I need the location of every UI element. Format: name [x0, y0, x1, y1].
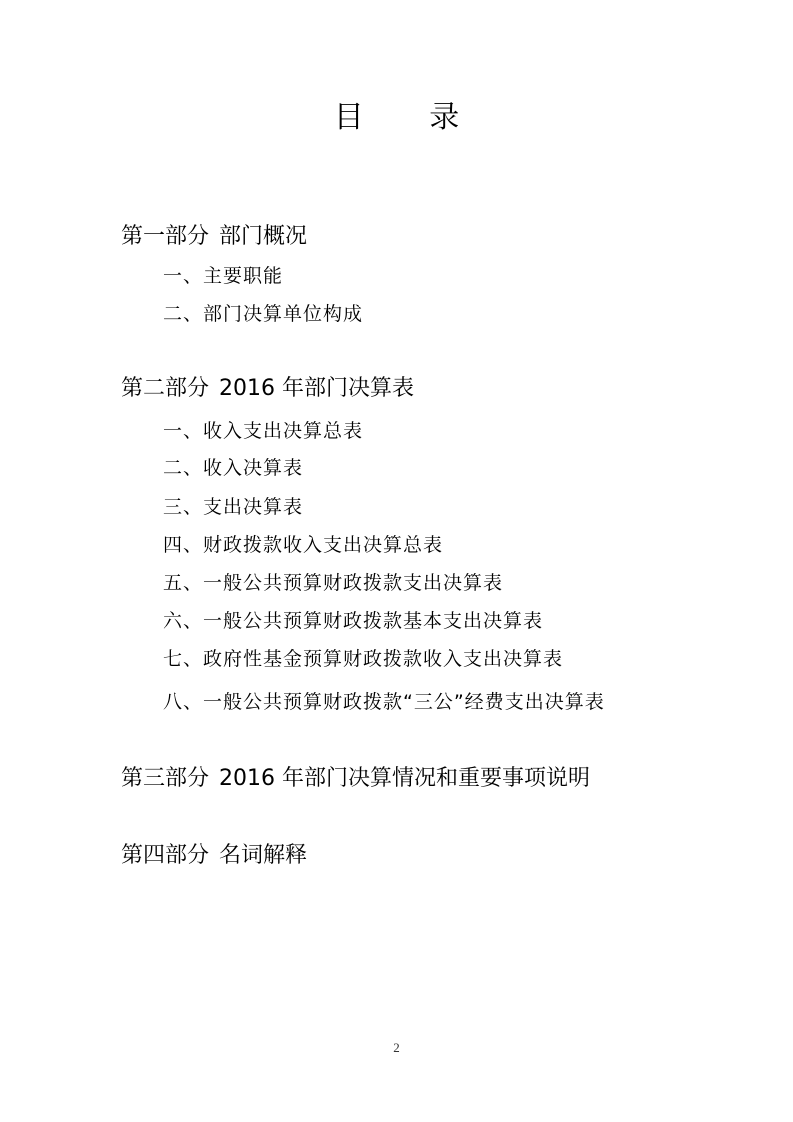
toc-item: 六、一般公共预算财政拨款基本支出决算表 — [163, 608, 543, 634]
toc-item: 四、财政拨款收入支出决算总表 — [163, 532, 443, 558]
toc-item: 二、部门决算单位构成 — [163, 301, 363, 327]
part-title: 2016 年部门决算表 — [219, 376, 414, 401]
toc-item: 一、主要职能 — [163, 263, 283, 289]
toc-part-4: 第四部分名词解释 — [121, 841, 307, 871]
part-label: 第四部分 — [121, 843, 209, 868]
part-label: 第三部分 — [121, 766, 209, 791]
part-label: 第一部分 — [121, 224, 209, 249]
part-title: 部门概况 — [219, 224, 307, 249]
part-label: 第二部分 — [121, 376, 209, 401]
part-title: 2016 年部门决算情况和重要事项说明 — [219, 766, 590, 791]
toc-part-2: 第二部分2016 年部门决算表 — [121, 374, 414, 404]
toc-item: 七、政府性基金预算财政拨款收入支出决算表 — [163, 646, 563, 672]
part-title: 名词解释 — [219, 843, 307, 868]
toc-part-3: 第三部分2016 年部门决算情况和重要事项说明 — [121, 764, 590, 794]
page-number: 2 — [0, 1040, 793, 1056]
toc-item: 八、一般公共预算财政拨款“三公”经费支出决算表 — [163, 689, 605, 715]
toc-item: 一、收入支出决算总表 — [163, 418, 363, 444]
toc-item: 三、支出决算表 — [163, 494, 303, 520]
toc-part-1: 第一部分部门概况 — [121, 222, 307, 252]
toc-item: 五、一般公共预算财政拨款支出决算表 — [163, 570, 503, 596]
toc-item: 二、收入决算表 — [163, 455, 303, 481]
page-title: 目 录 — [0, 98, 793, 138]
